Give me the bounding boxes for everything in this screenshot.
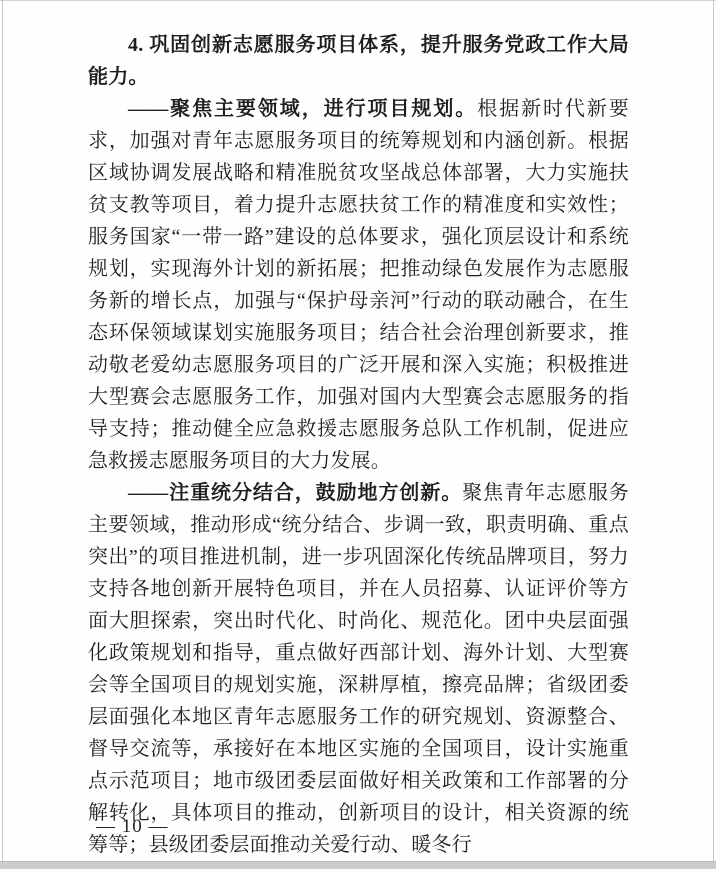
text-block: 4. 巩固创新志愿服务项目体系，提升服务党政工作大局能力。 ——聚焦主要领域，进… xyxy=(88,29,629,861)
paragraph-lead: ——注重统分结合，鼓励地方创新。 xyxy=(128,482,462,504)
document-page: 4. 巩固创新志愿服务项目体系，提升服务党政工作大局能力。 ——聚焦主要领域，进… xyxy=(0,0,716,869)
paragraph-text: 聚焦青年志愿服务主要领域，推动形成“统分结合、步调一致，职责明确、重点突出”的项… xyxy=(88,482,629,856)
body-paragraph: ——注重统分结合，鼓励地方创新。聚焦青年志愿服务主要领域，推动形成“统分结合、步… xyxy=(88,477,629,861)
page-edge-top xyxy=(0,0,716,1)
page-edge-left xyxy=(2,0,3,861)
paragraph-lead: ——聚焦主要领域，进行项目规划。 xyxy=(128,98,477,120)
body-paragraph: ——聚焦主要领域，进行项目规划。根据新时代新要求，加强对青年志愿服务项目的统筹规… xyxy=(88,93,629,477)
page-number: — 10 — xyxy=(96,816,169,838)
paragraph-text: 根据新时代新要求，加强对青年志愿服务项目的统筹规划和内涵创新。根据区域协调发展战… xyxy=(88,98,629,472)
heading-paragraph: 4. 巩固创新志愿服务项目体系，提升服务党政工作大局能力。 xyxy=(88,29,629,93)
page-edge-right xyxy=(713,0,714,861)
page-edge-bottom-band xyxy=(0,861,716,869)
